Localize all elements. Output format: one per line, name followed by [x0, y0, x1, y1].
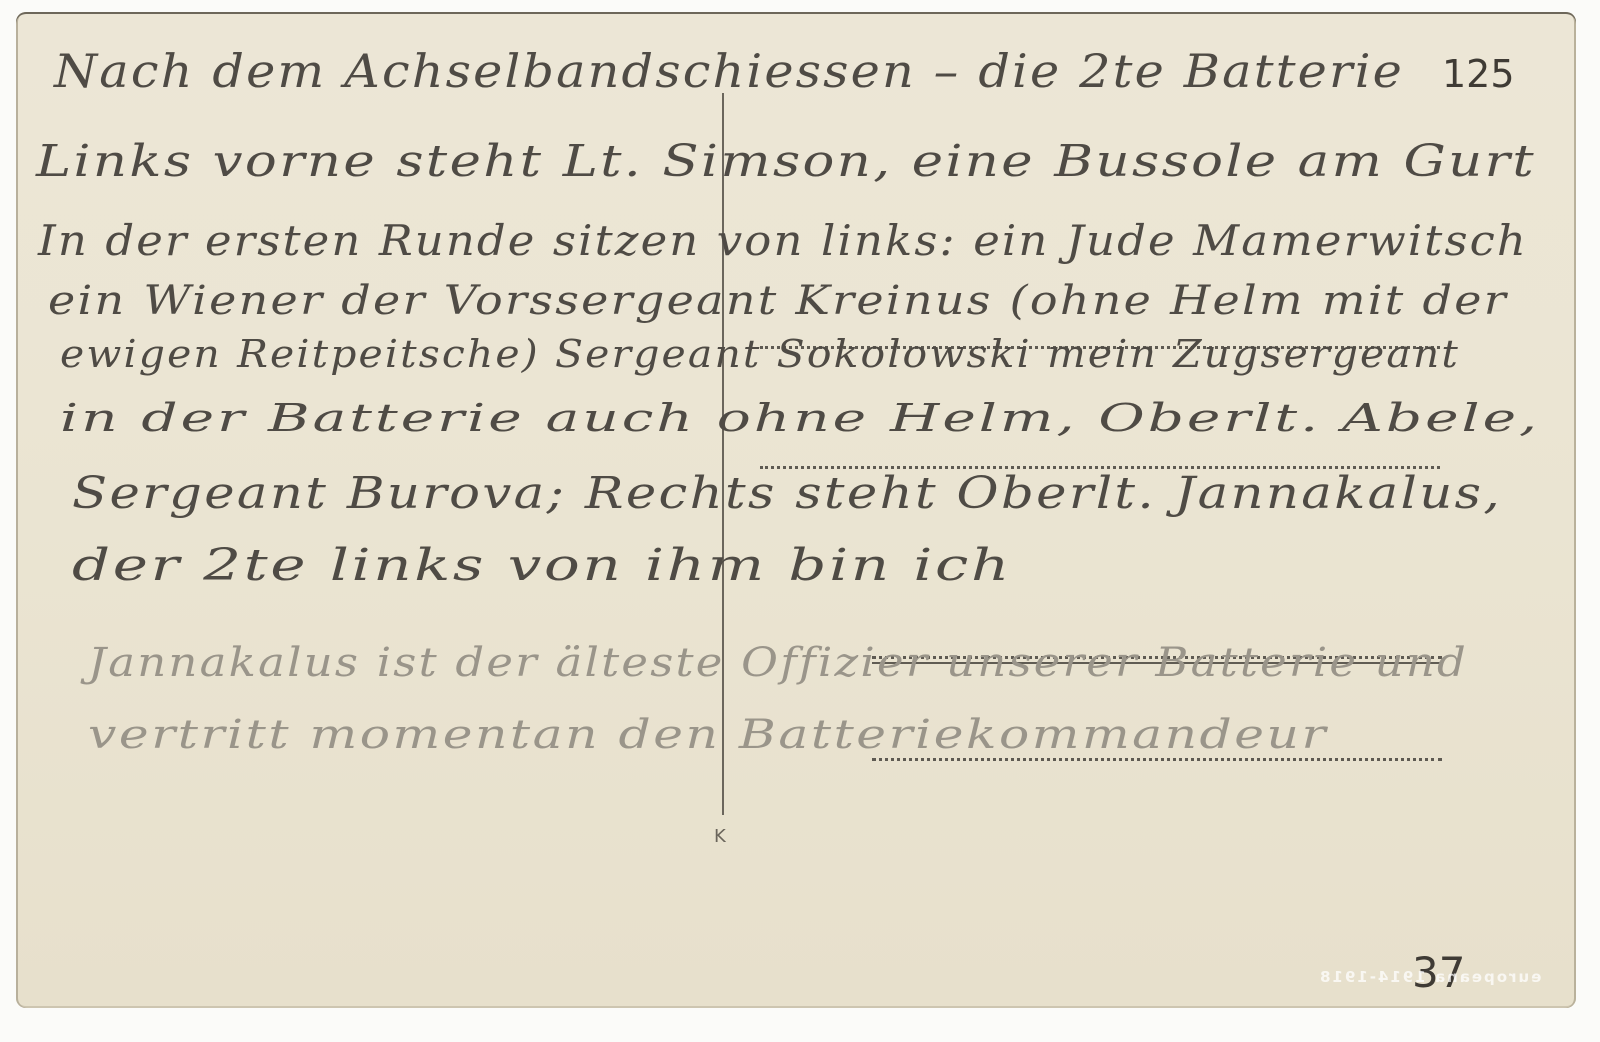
- handwriting-line-7: Sergeant Burova; Rechts steht Oberlt. Ja…: [72, 468, 1502, 519]
- handwriting-line-5: ewigen Reitpeitsche) Sergeant Sokolowski…: [60, 332, 1460, 376]
- handwriting-line-3: In der ersten Runde sitzen von links: ei…: [38, 216, 1528, 265]
- handwriting-line-4: ein Wiener der Vorssergeant Kreinus (ohn…: [48, 278, 1508, 324]
- handwriting-line-1: Nach dem Achselbandschiessen – die 2te B…: [54, 44, 1404, 98]
- handwriting-line-6: in der Batterie auch ohne Helm, Oberlt. …: [60, 396, 1540, 440]
- address-line-4: [872, 758, 1442, 761]
- vertical-divider-line: [722, 93, 724, 815]
- handwriting-line-8: der 2te links von ihm bin ich: [72, 540, 1012, 591]
- page-number-top: 125: [1442, 52, 1515, 96]
- watermark-text: europeana 1914-1918: [1318, 968, 1541, 986]
- divider-mark: K: [714, 826, 726, 847]
- handwriting-line-2: Links vorne steht Lt. Simson, eine Busso…: [36, 136, 1536, 187]
- postcard-back: K 125 Nach dem Achselbandschiessen – die…: [16, 12, 1576, 1008]
- faint-line-1: Jannakalus ist der älteste Offizier unse…: [88, 640, 1468, 686]
- faint-line-2: vertritt momentan den Batteriekommandeur: [88, 712, 1328, 758]
